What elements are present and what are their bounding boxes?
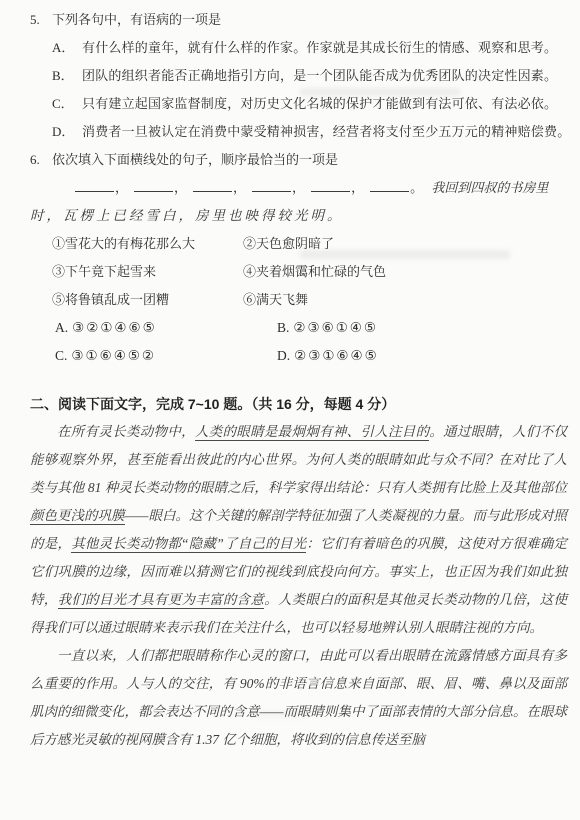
blank-separator: 。 [410, 180, 423, 195]
choice-label: D. [277, 348, 290, 363]
continuation-text: 时，瓦楞上已经雪白，房里也映得较光明。 [30, 202, 567, 230]
option-a[interactable]: A． 有什么样的童年，就有什么样的作家。作家就是其成长衍生的情感、观察和思考。 [30, 34, 567, 62]
question-6: 6. 依次填入下面横线处的句子，顺序最恰当的一项是 ，，，，，。 我回到四叔的书… [30, 146, 567, 370]
sentence-item-3: ③下午竟下起雪来 [52, 258, 243, 286]
underlined-phrase: 其他灵长类动物都“隐藏”了自己的目光 [71, 536, 306, 553]
choice-d[interactable]: D.②③①⑥④⑤ [277, 342, 567, 370]
blank-sequence: ，，，，，。 我回到四叔的书房里 [30, 174, 567, 202]
underlined-phrase: 颜色更浅的巩膜 [30, 508, 125, 525]
choice-label: C. [55, 348, 67, 363]
underlined-phrase: 我们的目光才具有更为丰富的含意 [58, 592, 265, 609]
passage-paragraph-2: 一直以来，人们都把眼睛称作心灵的窗口，由此可以看出眼睛在流露情感方面具有多么重要… [30, 642, 567, 754]
passage-text: 一直以来，人们都把眼睛称作心灵的窗口，由此可以看出眼睛在流露情感方面具有多么重要… [30, 648, 567, 747]
choice-sequence: ②③①⑥④⑤ [294, 348, 379, 363]
blank-separator: ， [233, 180, 246, 195]
question-5-stem-row: 5. 下列各句中，有语病的一项是 [30, 6, 567, 34]
question-5: 5. 下列各句中，有语病的一项是 A． 有什么样的童年，就有什么样的作家。作家就… [30, 6, 567, 146]
choice-sequence: ②③⑥①④⑤ [293, 320, 378, 335]
question-number: 6. [30, 146, 52, 174]
passage-text: 在所有灵长类动物中， [57, 424, 195, 439]
option-c[interactable]: C． 只有建立起国家监督制度，对历史文化名城的保护才能做到有法可依、有法必依。 [30, 90, 567, 118]
sentence-item-5: ⑤将鲁镇乱成一团糟 [52, 286, 243, 314]
choice-sequence: ③②①④⑥⑤ [72, 320, 157, 335]
question-stem: 下列各句中，有语病的一项是 [52, 6, 221, 34]
option-label: B． [52, 62, 82, 90]
blank-separator: ， [292, 180, 305, 195]
question-stem: 依次填入下面横线处的句子，顺序最恰当的一项是 [52, 146, 338, 174]
option-b[interactable]: B． 团队的组织者能否正确地指引方向，是一个团队能否成为优秀团队的决定性因素。 [30, 62, 567, 90]
sentence-item-4: ④夹着烟霭和忙碌的气色 [243, 258, 567, 286]
fill-in-blank[interactable] [193, 179, 232, 192]
option-d[interactable]: D． 消费者一旦被认定在消费中蒙受精神损害，经营者将支付至少五万元的精神赔偿费。 [30, 118, 567, 146]
section-header: 二、阅读下面文字，完成 7~10 题。（共 16 分，每题 4 分） [30, 390, 567, 418]
fill-in-blank[interactable] [75, 179, 114, 192]
option-label: A． [52, 34, 82, 62]
question-number: 5. [30, 6, 52, 34]
page-content: 5. 下列各句中，有语病的一项是 A． 有什么样的童年，就有什么样的作家。作家就… [30, 6, 567, 754]
option-text: 消费者一旦被认定在消费中蒙受精神损害，经营者将支付至少五万元的精神赔偿费。 [82, 118, 570, 146]
sentence-item-6: ⑥满天飞舞 [243, 286, 567, 314]
choice-a[interactable]: A.③②①④⑥⑤ [55, 314, 277, 342]
blank-separator: ， [115, 180, 128, 195]
lead-in-text: 我回到四叔的书房里 [431, 180, 548, 195]
choice-label: B. [277, 320, 289, 335]
fill-in-blank[interactable] [311, 179, 350, 192]
choice-b[interactable]: B.②③⑥①④⑤ [277, 314, 567, 342]
choice-sequence: ③①⑥④⑤② [71, 348, 156, 363]
exam-page: 5. 下列各句中，有语病的一项是 A． 有什么样的童年，就有什么样的作家。作家就… [0, 0, 580, 820]
option-text: 只有建立起国家监督制度，对历史文化名城的保护才能做到有法可依、有法必依。 [82, 90, 557, 118]
choice-label: A. [55, 320, 68, 335]
option-text: 团队的组织者能否正确地指引方向，是一个团队能否成为优秀团队的决定性因素。 [82, 62, 557, 90]
underlined-phrase: 人类的眼睛是最炯炯有神、引人注目的 [195, 424, 429, 441]
fill-in-blank[interactable] [370, 179, 409, 192]
reading-section: 二、阅读下面文字，完成 7~10 题。（共 16 分，每题 4 分） 在所有灵长… [30, 390, 567, 754]
option-label: C． [52, 90, 82, 118]
blank-separator: ， [174, 180, 187, 195]
sentence-item-1: ①雪花大的有梅花那么大 [52, 230, 243, 258]
passage-paragraph-1: 在所有灵长类动物中，人类的眼睛是最炯炯有神、引人注目的。通过眼睛，人们不仅能够观… [30, 418, 567, 642]
blanks-container: ，，，，，。 [74, 180, 428, 195]
fill-in-blank[interactable] [252, 179, 291, 192]
choice-c[interactable]: C.③①⑥④⑤② [55, 342, 277, 370]
sentence-item-2: ②天色愈阴暗了 [243, 230, 567, 258]
fill-in-blank[interactable] [134, 179, 173, 192]
option-text: 有什么样的童年，就有什么样的作家。作家就是其成长衍生的情感、观察和思考。 [82, 34, 557, 62]
sentence-items: ①雪花大的有梅花那么大 ②天色愈阴暗了 ③下午竟下起雪来 ④夹着烟霭和忙碌的气色… [52, 230, 567, 314]
answer-choices: A.③②①④⑥⑤ B.②③⑥①④⑤ C.③①⑥④⑤② D.②③①⑥④⑤ [55, 314, 567, 370]
option-label: D． [52, 118, 82, 146]
blank-separator: ， [351, 180, 364, 195]
question-6-stem-row: 6. 依次填入下面横线处的句子，顺序最恰当的一项是 [30, 146, 567, 174]
